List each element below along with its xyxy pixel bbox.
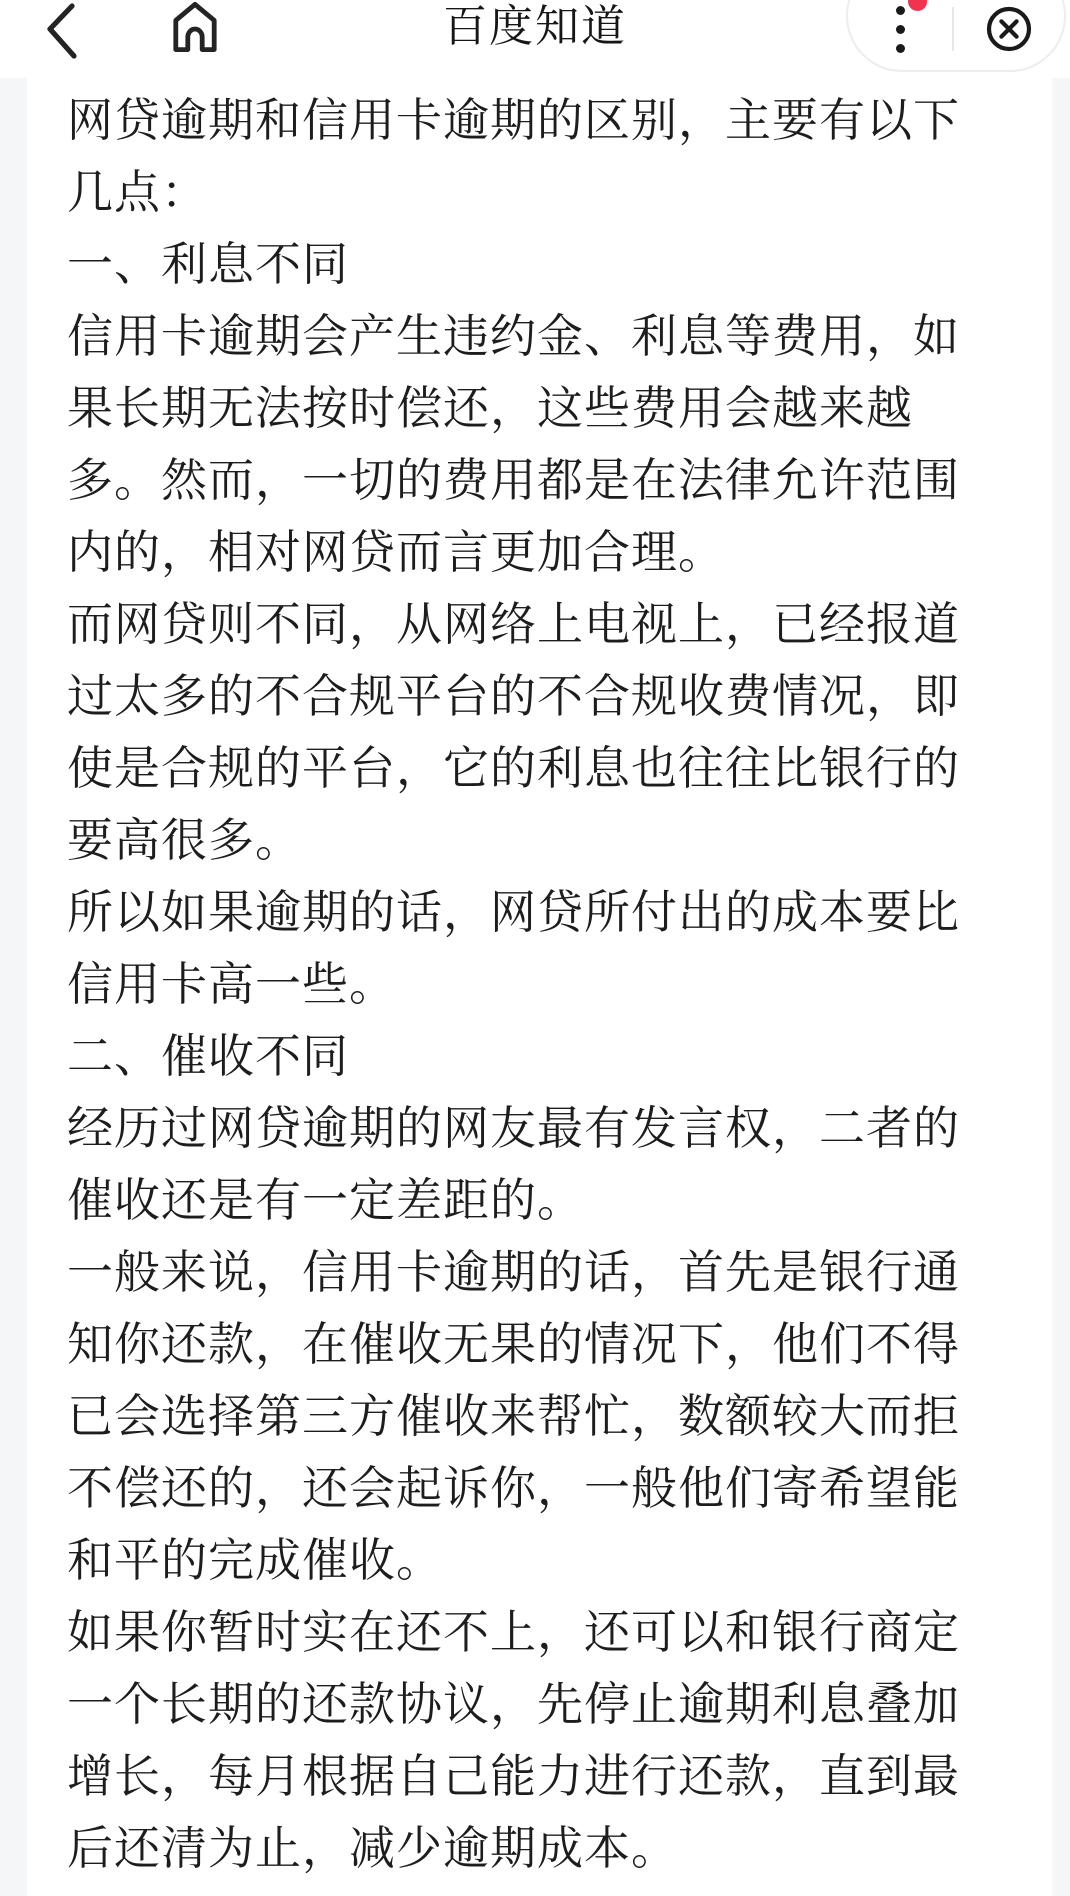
paragraph-intro: 网贷逾期和信用卡逾期的区别，主要有以下几点：: [67, 84, 980, 228]
paragraph-heading-2: 二、催收不同: [67, 1020, 980, 1092]
paragraph-heading-1: 一、利息不同: [67, 228, 980, 300]
capsule: [846, 0, 1066, 72]
paragraph: 经历过网贷逾期的网友最有发言权，二者的催收还是有一定差距的。: [67, 1092, 980, 1236]
close-button[interactable]: [954, 0, 1064, 70]
article-content: 网贷逾期和信用卡逾期的区别，主要有以下几点： 一、利息不同 信用卡逾期会产生违约…: [27, 78, 1052, 1896]
paragraph: 如果你暂时实在还不上，还可以和银行商定一个长期的还款协议，先停止逾期利息叠加增长…: [67, 1596, 980, 1884]
paragraph: 所以如果逾期的话，网贷所付出的成本要比信用卡高一些。: [67, 876, 980, 1020]
paragraph: 而网贷则不同，从网络上电视上，已经报道过太多的不合规平台的不合规收费情况，即使是…: [67, 588, 980, 876]
notification-badge: [908, 0, 927, 11]
circle-close-icon: [985, 5, 1033, 53]
navbar: 百度知道: [0, 0, 1070, 78]
kebab-menu-icon: [896, 6, 905, 53]
paragraph: 信用卡逾期会产生违约金、利息等费用，如果长期无法按时偿还，这些费用会越来越多。然…: [67, 300, 980, 588]
paragraph: 一般来说，信用卡逾期的话，首先是银行通知你还款，在催收无果的情况下，他们不得已会…: [67, 1236, 980, 1596]
menu-button[interactable]: [848, 0, 952, 70]
